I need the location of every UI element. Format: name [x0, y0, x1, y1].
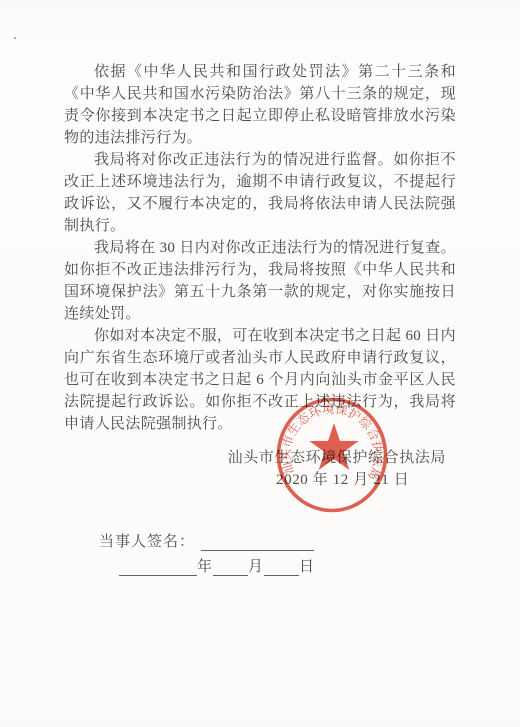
month-label: 月 [248, 559, 264, 575]
signature-month-blank[interactable] [213, 560, 248, 576]
document-body: 依据《中华人民共和国行政处罚法》第二十三条和《中华人民共和国水污染防治法》第八十… [64, 61, 456, 435]
party-signature-label: 当事人签名： [99, 534, 195, 550]
signature-date-row: 年月日 [119, 555, 315, 576]
party-signature-row: 当事人签名： [99, 530, 314, 551]
year-label: 年 [197, 559, 213, 575]
scan-speck [14, 37, 16, 39]
paragraph-reinspection: 我局将在 30 日内对你改正违法行为的情况进行复查。如你拒不改正违法排污行为，我… [64, 237, 456, 325]
signature-year-blank[interactable] [119, 560, 197, 576]
seal-star-icon [309, 423, 358, 470]
signature-day-blank[interactable] [264, 560, 299, 576]
official-seal-icon: 汕头市生态环境保护综合执法局 [265, 385, 399, 525]
paragraph-legal-basis: 依据《中华人民共和国行政处罚法》第二十三条和《中华人民共和国水污染防治法》第八十… [64, 61, 456, 149]
party-signature-blank[interactable] [201, 535, 314, 551]
day-label: 日 [299, 559, 315, 575]
paragraph-supervision: 我局将对你改正违法行为的情况进行监督。如你拒不改正上述环境违法行为，逾期不申请行… [64, 149, 456, 237]
document-page: 依据《中华人民共和国行政处罚法》第二十三条和《中华人民共和国水污染防治法》第八十… [0, 0, 520, 727]
